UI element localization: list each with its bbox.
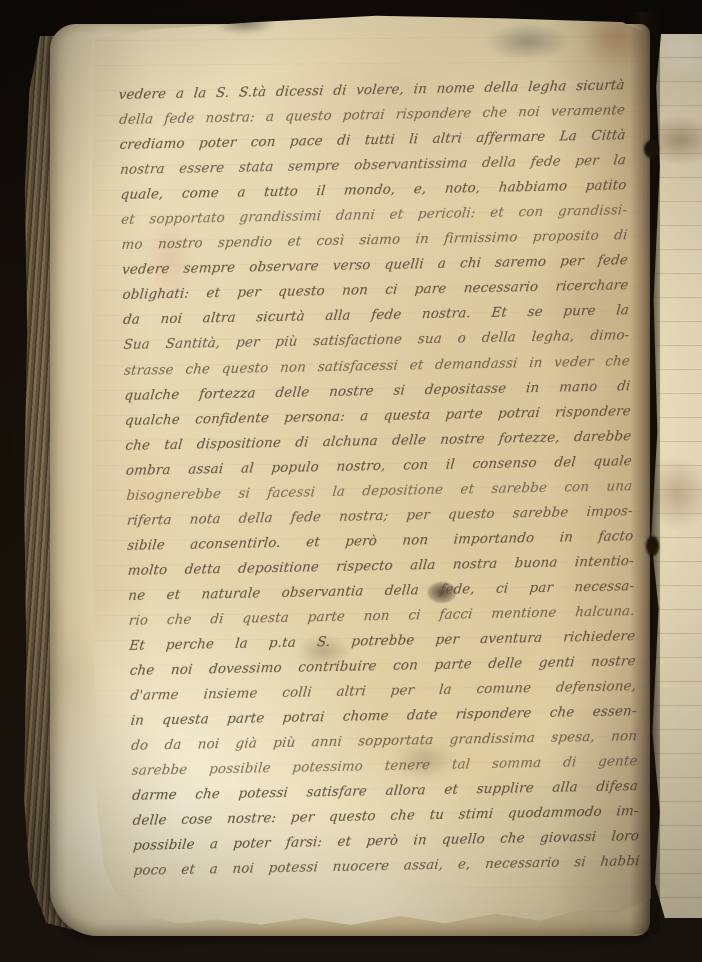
stain [484, 22, 570, 61]
manuscript-page: vedere a la S. S.tà dicessi di volere, i… [86, 12, 651, 934]
stain [578, 6, 652, 69]
stain [212, 11, 276, 36]
manuscript-photo: vedere a la S. S.tà dicessi di volere, i… [0, 0, 702, 962]
handwritten-text: vedere a la S. S.tà dicessi di volere, i… [118, 73, 639, 884]
